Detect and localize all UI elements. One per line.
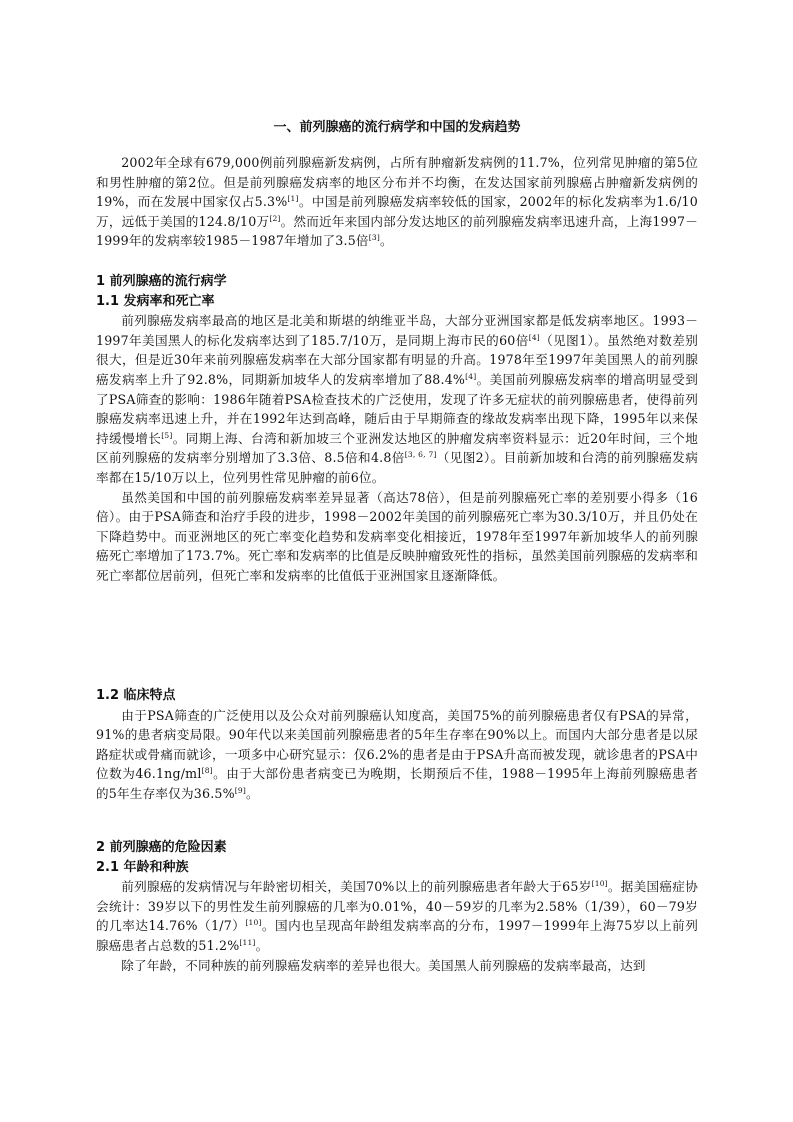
citation-ref: [10] (245, 918, 261, 927)
section-1-heading: 1 前列腺癌的流行病学 (96, 272, 698, 292)
section-1-2: 1.2 临床特点 由于PSA筛查的广泛使用以及公众对前列腺癌认知度高，美国75%… (96, 686, 698, 804)
citation-ref: [9] (235, 786, 246, 795)
section-1: 1 前列腺癌的流行病学 1.1 发病率和死亡率 前列腺癌发病率最高的地区是北美和… (96, 272, 698, 586)
citation-ref: [8] (202, 766, 213, 775)
section-1-2-heading: 1.2 临床特点 (96, 686, 698, 706)
document-title: 一、前列腺癌的流行病学和中国的发病趋势 (96, 119, 698, 137)
citation-ref: [11] (239, 938, 255, 947)
citation-ref: [5] (161, 431, 172, 440)
section-1-1-paragraph-2: 虽然美国和中国的前列腺癌发病率差异显著（高达78倍），但是前列腺癌死亡率的差别要… (96, 488, 698, 586)
section-2: 2 前列腺癌的危险因素 2.1 年龄和种族 前列腺癌的发病情况与年龄密切相关，美… (96, 838, 698, 975)
citation-ref: [10] (592, 879, 608, 888)
section-2-1-heading: 2.1 年龄和种族 (96, 858, 698, 878)
intro-block: 2002年全球有679,000例前列腺癌新发病例，占所有肿瘤新发病例的11.7%… (96, 153, 698, 251)
section-2-1-paragraph-2: 除了年龄，不同种族的前列腺癌发病率的差异也很大。美国黑人前列腺癌的发病率最高，达… (96, 956, 698, 976)
citation-ref: [1] (287, 194, 298, 203)
section-1-1-paragraph-1: 前列腺癌发病率最高的地区是北美和斯堪的纳维亚半岛，大部分亚洲国家都是低发病率地区… (96, 311, 698, 487)
citation-ref: [4] (529, 333, 540, 342)
section-2-1-paragraph-1: 前列腺癌的发病情况与年龄密切相关，美国70%以上的前列腺癌患者年龄大于65岁[1… (96, 877, 698, 955)
section-1-2-paragraph-1: 由于PSA筛查的广泛使用以及公众对前列腺癌认知度高，美国75%的前列腺癌患者仅有… (96, 706, 698, 804)
citation-ref: [4] (465, 372, 476, 381)
intro-paragraph: 2002年全球有679,000例前列腺癌新发病例，占所有肿瘤新发病例的11.7%… (96, 153, 698, 251)
section-1-1-heading: 1.1 发病率和死亡率 (96, 292, 698, 312)
section-2-heading: 2 前列腺癌的危险因素 (96, 838, 698, 858)
citation-ref: [3, 6, 7] (405, 450, 437, 459)
citation-ref: [3] (369, 233, 380, 242)
citation-ref: [2] (269, 214, 280, 223)
